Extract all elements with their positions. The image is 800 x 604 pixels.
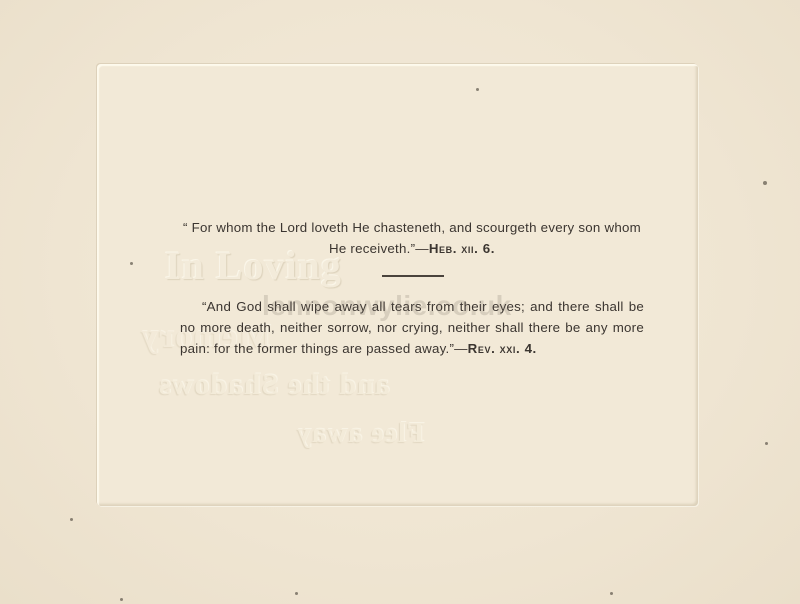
verse-reference: Rev. xxi. 4.: [468, 341, 537, 356]
paper-speck: [130, 262, 133, 265]
verse-hebrews: “ For whom the Lord loveth He chasteneth…: [180, 217, 644, 259]
card-background: In Loving Memory and the Shadows Flee aw…: [0, 0, 800, 604]
paper-speck: [476, 88, 479, 91]
embossed-text: and the Shadows: [158, 368, 390, 402]
divider-rule: [382, 275, 444, 277]
verse-text: “And God shall wipe away all tears from …: [180, 299, 644, 356]
verse-reference: Heb. xii. 6.: [429, 241, 495, 256]
paper-speck: [763, 181, 767, 185]
paper-speck: [765, 442, 768, 445]
embossed-text: Flee away: [296, 418, 424, 450]
paper-speck: [120, 598, 123, 601]
paper-speck: [70, 518, 73, 521]
verse-revelation: “And God shall wipe away all tears from …: [180, 296, 644, 359]
paper-speck: [295, 592, 298, 595]
paper-speck: [610, 592, 613, 595]
verse-text: “ For whom the Lord loveth He chasteneth…: [183, 220, 641, 256]
